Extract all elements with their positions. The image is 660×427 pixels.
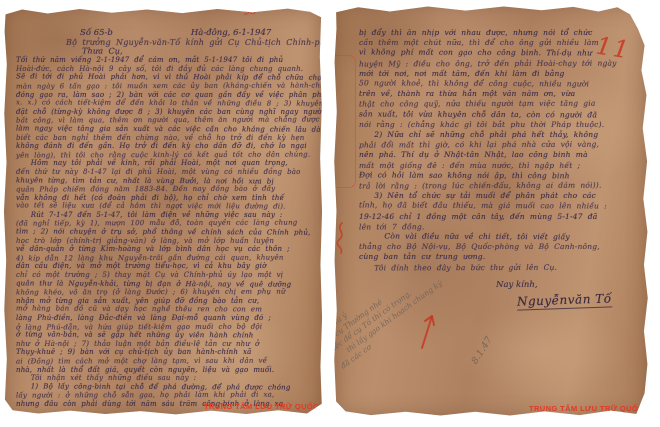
handwritten-line: Tôi nhận xét thấy những điều sau này : [16,374,317,383]
handwritten-line: trả lời rằng : (trong lúc chiến-đấu, khô… [359,181,641,192]
letter-closing: Nay kính, [496,280,538,290]
left-page-text: Số 65-b Hà-đông, 6-1-1947 Bộ trưởng Nguy… [3,7,323,409]
handwritten-line: thật cho công quỹ, nửa thiếu người tạm v… [359,99,641,110]
handwritten-line: tỉnh, họ đã biết đầu thiếu, mà giá muối … [359,201,641,212]
handwritten-line: như ở Hà-nội ; 7) thảo luận một bản điều… [16,340,317,349]
handwritten-line: huyện Mỹ : điều cho ông, trở đến phải Ho… [359,58,641,69]
handwritten-line: x. x.) có cách tiết-kiệm để đến khỏi lo … [16,98,317,108]
letter-page-left: 93 Số 65-b Hà-đông, 6-1-1947 Bộ trưởng N… [3,7,323,416]
handwritten-line: yên lòng), thì tôi cho rằng cuộc kinh-lý… [16,150,317,160]
archive-watermark-left: TRUNG TÂM LƯU TRỮ QUỐC GIA III [204,402,346,411]
handwritten-line: làng Phú-điền, làng Đắc-điền và làng Đại… [16,314,317,323]
archival-letter-scan: 93 Số 65-b Hà-đông, 6-1-1947 Bộ trưởng N… [0,0,660,427]
handwritten-line: phải đổi mất thì giờ, có khi lại phá nhà… [359,140,641,151]
handwritten-line: sản xuất, tôi vừa khuyên chỗ dân ta, còn… [359,109,641,120]
left-page-body-lines: Tối thứ năm viếng 2-1-1947 để cám ơn, mắ… [16,56,317,408]
handwritten-line: mất một giống đê : đến mùa nước, thì ngậ… [359,161,641,171]
archive-watermark-right: TRUNG TÂM LƯU TRỮ QUỐC GIA III [529,404,660,413]
handwritten-line: về dân-quân ở từng Kim-hoàng và lớp bình… [16,245,317,254]
handwritten-line: bị đẩy thì ăn nhịp với nhau được, nhưng … [359,28,641,38]
pencil-note-date: 8.1.47 [469,335,494,366]
handwritten-line: 4) kíp dẫn 12 làng khu Nguyễn-trãi gần đ… [16,253,317,263]
handwritten-line: 19-12-46 chỉ 1 đồng một cân tây, đến mùn… [359,212,641,222]
handwritten-line: Tối thứ năm viếng 2-1-1947 để cám ơn, mắ… [16,56,317,65]
handwritten-line: quân Pháp chiếm đóng năm 1883-84. Đến na… [16,185,317,195]
handwritten-line: không đánh đi đến gần. Họ trở đi đến kỳ … [16,142,317,151]
handwritten-line: màn ngày 6 tấn gạo : tôi muốn xem các ủy… [16,81,317,91]
handwritten-line: biết các ban nghỉ thêm đến chừng nào, về… [16,134,317,143]
handwritten-line: vì không phí mất con gạo cho công binh. … [359,48,641,59]
letter-salutation: Thưa Cụ, [82,47,317,57]
letter-signature: Nguyễnvăn Tố [517,291,612,310]
handwritten-line: nên phá. Thí dụ ở Nhật-tân Nhật, lao côn… [359,150,641,160]
handwritten-line: chỉ có một trường ; 5) thay mặt Cụ và Ch… [16,271,317,280]
handwritten-line: Hôm nay tôi phải về kinh, rồi phải Hoài,… [16,159,317,168]
handwritten-line: mới tới nơi, nơi mất tăm, đến khi làm đi… [359,69,641,79]
handwritten-line: ai (Đồng) tìm cách mở một chợ làng tạm, … [16,356,317,366]
handwritten-line: đến thứ tư này 8-1-47 lại đi phủ Hoài, m… [16,168,317,177]
handwritten-line: học trò lớp (chính-trị giảng-văn) ở làng… [16,237,317,246]
handwritten-line: vào tết sẽ liệu xưa (để cả hôm thì ngợt … [16,202,317,212]
handwritten-line: không khéo, vô ăn trọ (ở làng Đước) ; 6)… [16,288,317,298]
letter-page-right: 11 bị đẩy thì ăn nhịp với nhau được, như… [333,4,649,418]
handwritten-line: lấy người : ở những chỗ sẵn gạo, họ phải… [16,391,317,401]
handwritten-line: nhà, nhất là thổ đất giá, quyết còn nguy… [16,366,317,375]
handwritten-line: 50 người khoẻ, thì không để công cuộc, n… [359,78,641,89]
handwritten-line: dân cầu điện, và mở một trường tiểu-học,… [16,262,317,271]
handwritten-line: nói rằng : (chẳng khác gì tôi bắt phu th… [359,120,641,130]
